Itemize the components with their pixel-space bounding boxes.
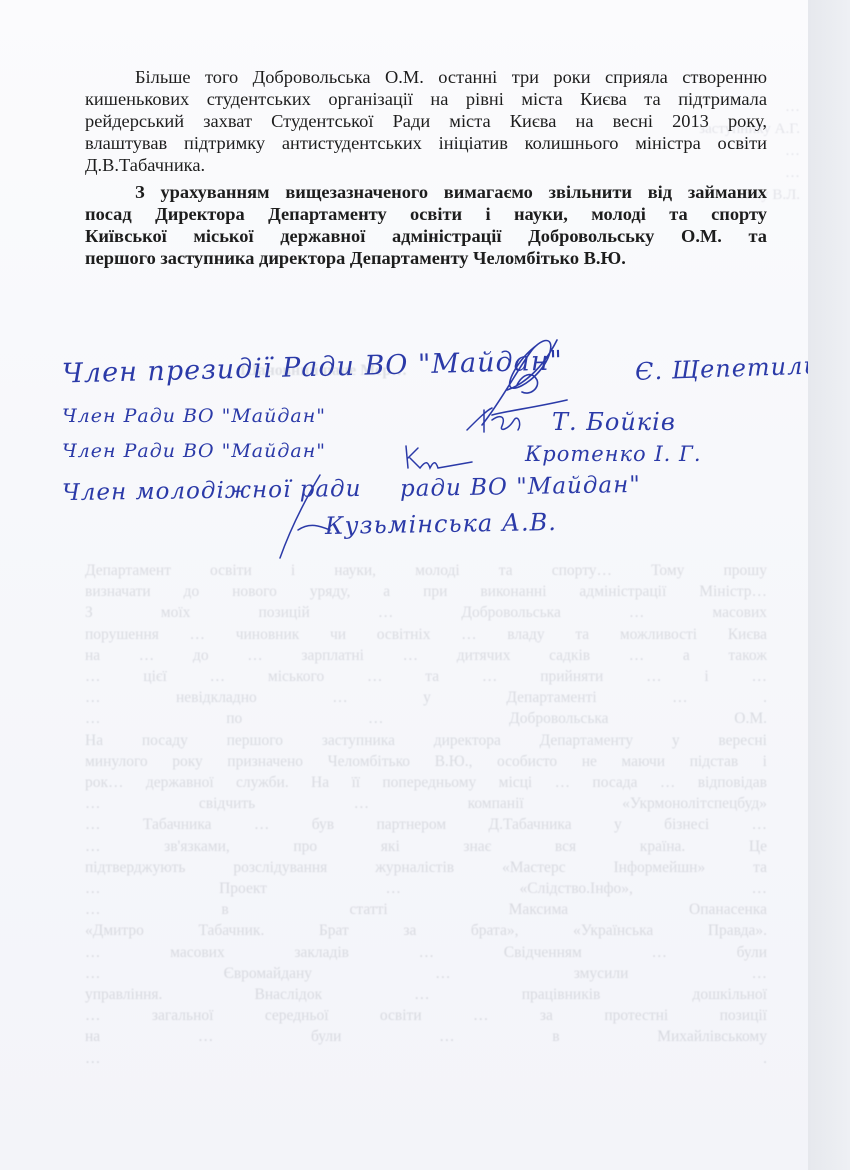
ghost-line: визначати до нового уряду, а при виконан… <box>85 581 767 602</box>
text-line: Д.В.Табачника. <box>85 154 767 176</box>
signatory-role-3: Член Ради ВО "Майдан" <box>62 440 326 462</box>
ghost-line: З моїх позицій … Добровольська … масових <box>85 602 767 623</box>
ghost-line: … . <box>85 1048 767 1069</box>
signatory-name-4: Кузьмінська А.В. <box>325 508 557 540</box>
ghost-line: Департамент освіти і науки, молоді та сп… <box>85 560 767 581</box>
ghost-line: На посаду першого заступника директора Д… <box>85 730 767 751</box>
text-line: Більше того Добровольська О.М. останні т… <box>85 66 767 88</box>
signature-mark-3 <box>402 440 482 476</box>
ghost-line: … в статті Максима Опанасенка <box>85 899 767 920</box>
ghost-line: … Табачника … був партнером Д.Табачника … <box>85 814 767 835</box>
ghost-line: … по … Добровольська О.М. <box>85 708 767 729</box>
text-line: кишенькових студентських організації на … <box>85 88 767 110</box>
signature-mark-4 <box>250 470 340 560</box>
scanned-page: … заступнику А.Г. … … …ому В.Л. Шановний… <box>0 0 808 1170</box>
ghost-line: рок… державної служби. На її попередньом… <box>85 772 767 793</box>
ghost-line: порушення … чиновник чи освітніх … владу… <box>85 624 767 645</box>
paragraph-demand: З урахуванням вищезазначеного вимагаємо … <box>85 181 767 269</box>
ghost-line: … масових закладів … Свідченням … були <box>85 942 767 963</box>
text-line: Київської міської державної адміністраці… <box>85 225 767 247</box>
signatory-role-2: Член Ради ВО "Майдан" <box>62 405 326 427</box>
scanner-margin <box>808 0 850 1170</box>
ghost-line: … Євромайдану … змусили … <box>85 963 767 984</box>
ghost-line: … невідкладно … у Департаменті … . <box>85 687 767 708</box>
ghost-line: управління. Внаслідок … працівників дошк… <box>85 984 767 1005</box>
ghost-line: … зв'язками, про які знає вся країна. Це <box>85 836 767 857</box>
text-line: З урахуванням вищезазначеного вимагаємо … <box>85 181 767 203</box>
ghost-line: … загальної середньої освіти … за протес… <box>85 1005 767 1026</box>
text-line: посад Директора Департаменту освіти і на… <box>85 203 767 225</box>
ghost-line: … свідчить … компанії «Укрмонолітспецбуд… <box>85 793 767 814</box>
signature-mark-2 <box>462 400 542 440</box>
ghost-line: … Проект … «Слідство.Інфо», … <box>85 878 767 899</box>
text-line: першого заступника директора Департамент… <box>85 247 767 269</box>
ghost-line: на … до … зарплатні … дитячих садків … а… <box>85 645 767 666</box>
signatory-role-4-tail: ради ВО "Майдан" <box>400 472 641 502</box>
text-line: рейдерський захват Студентської Ради міс… <box>85 110 767 132</box>
paragraph-dobrovolska-activities: Більше того Добровольська О.М. останні т… <box>85 66 767 176</box>
ghost-line: підтверджують розслідування журналістів … <box>85 857 767 878</box>
ghost-body-text: Департамент освіти і науки, молоді та сп… <box>85 560 767 1069</box>
ghost-line: … цієї … міського … та … прийняти … і … <box>85 666 767 687</box>
ghost-line: минулого року призначено Челомбітько В.Ю… <box>85 751 767 772</box>
signatory-name-3: Кротенко І. Г. <box>525 442 702 466</box>
ghost-line: «Дмитро Табачник. Брат за брата», «Украї… <box>85 920 767 941</box>
text-line: влаштував підтримку антистудентських іні… <box>85 132 767 154</box>
ghost-line: на … були … в Михайлівському <box>85 1026 767 1047</box>
